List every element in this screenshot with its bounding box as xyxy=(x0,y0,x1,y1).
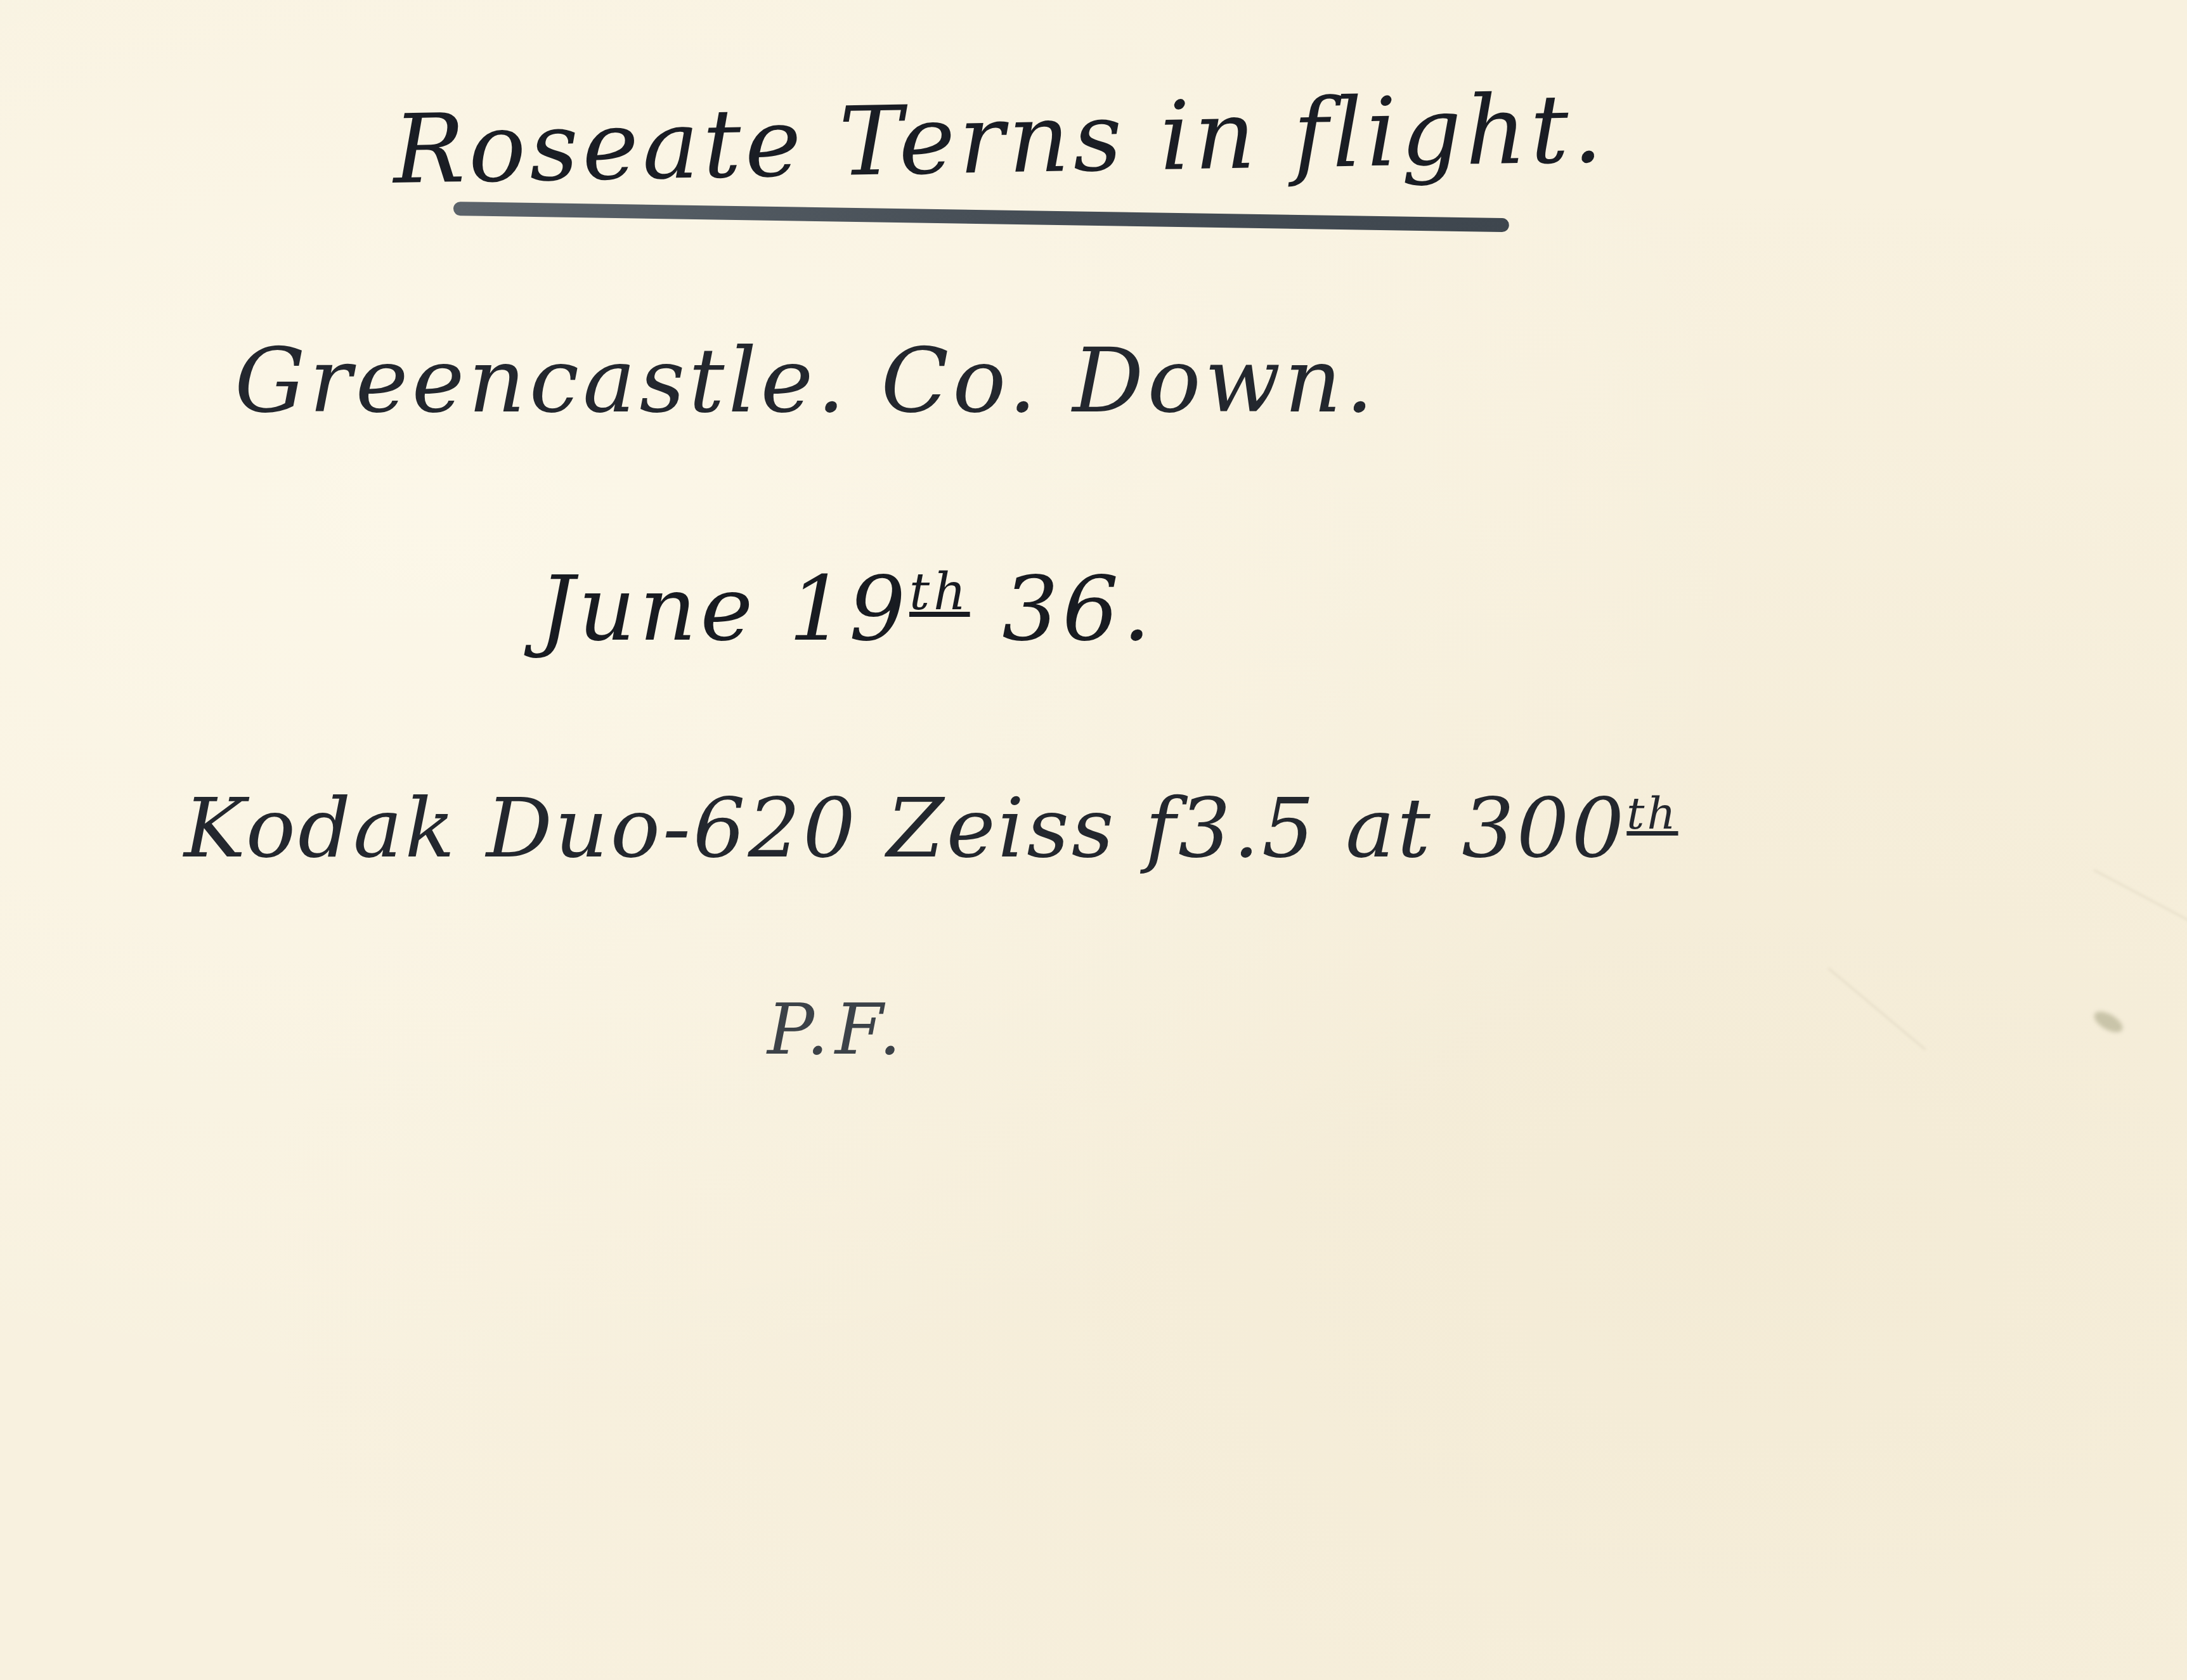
date-text: June 19th 36. xyxy=(539,558,1155,661)
paper-crease xyxy=(2094,869,2187,984)
location-text: Greencastle. Co. Down. xyxy=(235,330,1377,433)
ink-smudge xyxy=(2091,1007,2125,1037)
title-text: Roseate Terns in flight. xyxy=(392,74,1607,205)
date-year: 36. xyxy=(970,558,1155,661)
title-underline xyxy=(453,202,1509,232)
camera-settings: Kodak Duo-620 Zeiss f3.5 at 300 xyxy=(184,780,1626,876)
paper-crease xyxy=(1827,967,1926,1050)
camera-details-text: Kodak Duo-620 Zeiss f3.5 at 300th xyxy=(184,780,1678,876)
author-initials: P.F. xyxy=(767,989,907,1070)
date-day: June 19 xyxy=(539,558,909,661)
shutter-ordinal: th xyxy=(1626,787,1678,839)
date-ordinal: th xyxy=(909,562,970,621)
annotation-card: Roseate Terns in flight. Greencastle. Co… xyxy=(0,0,2187,1680)
